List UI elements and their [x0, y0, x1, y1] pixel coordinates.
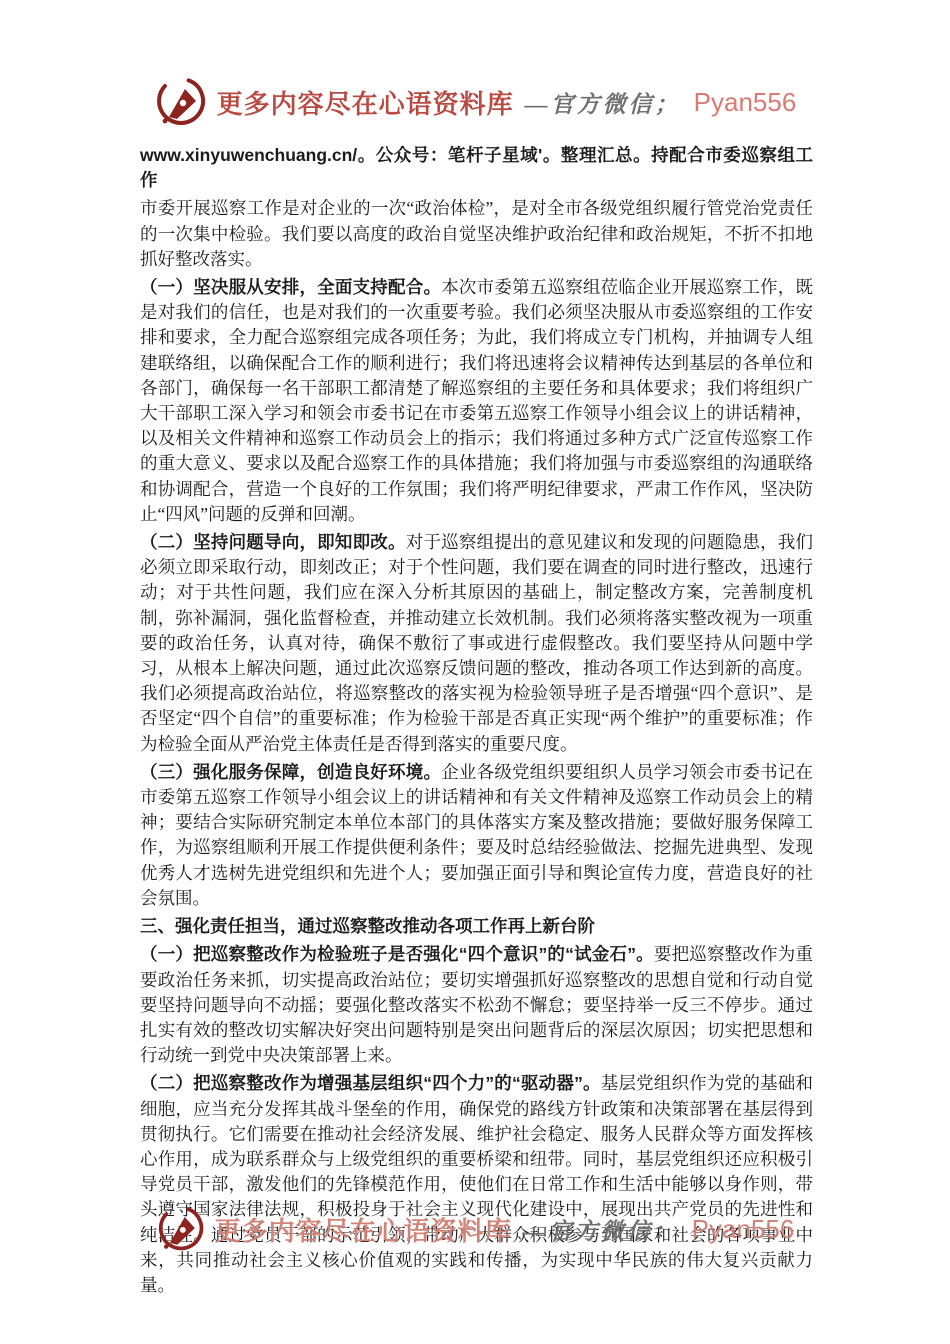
paragraph-text: 企业各级党组织要组织人员学习领会市委书记在市委第五巡察工作领导小组会议上的讲话精…: [140, 762, 813, 908]
document-body: www.xinyuwenchuang.cn/。公众号：笔杆子星域'。整理汇总。持…: [140, 143, 813, 1301]
paragraph-lead: （二）坚持问题导向，即知即改。: [140, 532, 406, 552]
paragraph-text: 市委开展巡察工作是对企业的一次“政治体检”，是对全市各级党组织履行管党治党责任的…: [140, 198, 813, 268]
paragraph: （一）把巡察整改作为检验班子是否强化“四个意识”的“试金石”。要把巡察整改作为重…: [140, 942, 813, 1068]
paragraph-text: 基层党组织作为党的基础和细胞，应当充分发挥其战斗堡垒的作用，确保党的路线方针政策…: [140, 1073, 813, 1295]
paragraph-text: 对于巡察组提出的意见建议和发现的问题隐患，我们必须立即采取行动，即刻改正；对于个…: [140, 532, 813, 754]
paragraph-text: 本次市委第五巡察组莅临企业开展巡察工作，既是对我们的信任，也是对我们的一次重要考…: [140, 277, 813, 524]
paragraph: （三）强化服务保障，创造良好环境。企业各级党组织要组织人员学习领会市委书记在市委…: [140, 760, 813, 911]
header-watermark: 更多内容尽在心语资料库—官方微信；Pyan556: [0, 74, 950, 130]
paragraph-lead: （三）强化服务保障，创造良好环境。: [140, 762, 441, 782]
footer-watermark: 更多内容尽在心语资料库—官方微信：Pyan556: [0, 1203, 950, 1255]
header-wechat-label: —官方微信；: [525, 86, 681, 119]
footer-wechat-id: Pyan556: [692, 1214, 795, 1245]
header-wechat-id: Pyan556: [694, 87, 797, 118]
paragraph-lead: 三、强化责任担当，通过巡察整改推动各项工作再上新台阶: [140, 916, 595, 936]
paragraph-lead: （二）把巡察整改作为增强基层组织“四个力”的“驱动器”。: [140, 1073, 601, 1093]
footer-wechat-label: —官方微信：: [523, 1213, 679, 1246]
paragraph: www.xinyuwenchuang.cn/。公众号：笔杆子星域'。整理汇总。持…: [140, 143, 813, 193]
paragraph: （一）坚决服从安排，全面支持配合。本次市委第五巡察组莅临企业开展巡察工作，既是对…: [140, 275, 813, 527]
pen-logo-icon: [154, 74, 208, 130]
paragraph: （二）坚持问题导向，即知即改。对于巡察组提出的意见建议和发现的问题隐患，我们必须…: [140, 530, 813, 757]
paragraph-lead: （一）坚决服从安排，全面支持配合。: [140, 277, 441, 297]
paragraph-lead: www.xinyuwenchuang.cn/。公众号：笔杆子星域'。整理汇总。持…: [140, 145, 813, 190]
footer-brand-text: 更多内容尽在心语资料库: [215, 1211, 512, 1248]
paragraph: 市委开展巡察工作是对企业的一次“政治体检”，是对全市各级党组织履行管党治党责任的…: [140, 196, 813, 272]
header-brand-text: 更多内容尽在心语资料库: [217, 84, 514, 121]
pen-logo-icon: [156, 1203, 206, 1255]
paragraph-lead: （一）把巡察整改作为检验班子是否强化“四个意识”的“试金石”。: [140, 944, 654, 964]
document-page: 更多内容尽在心语资料库—官方微信；Pyan556 www.xinyuwenchu…: [0, 0, 950, 1344]
paragraph: （二）把巡察整改作为增强基层组织“四个力”的“驱动器”。基层党组织作为党的基础和…: [140, 1071, 813, 1298]
section-heading: 三、强化责任担当，通过巡察整改推动各项工作再上新台阶: [140, 914, 813, 939]
